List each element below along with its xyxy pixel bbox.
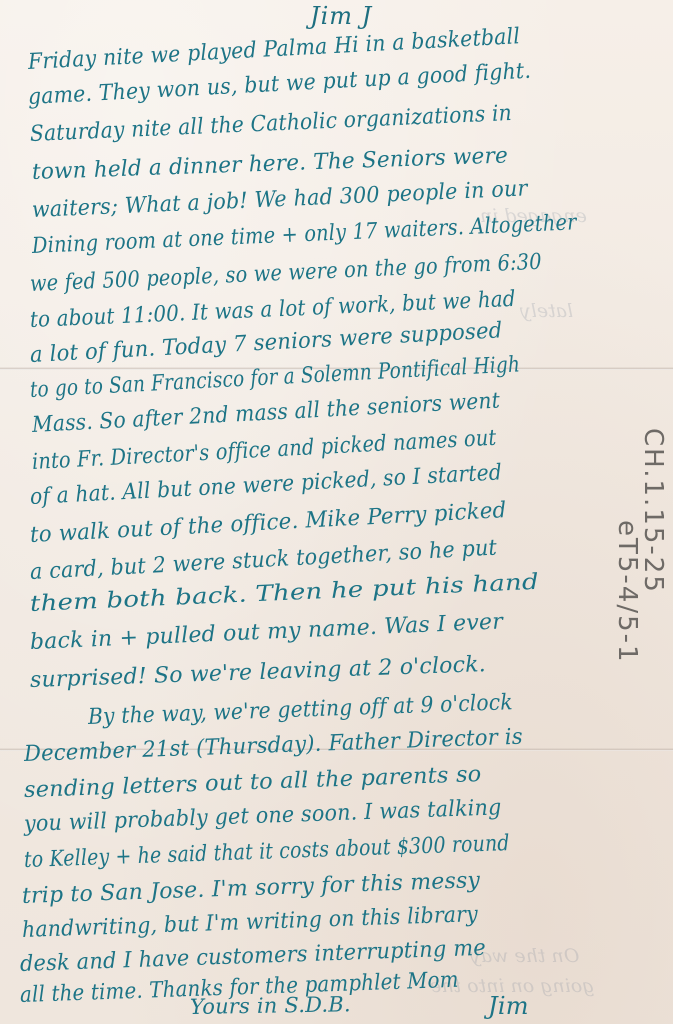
margin-annotation: eT5-4/5-1 <box>612 520 642 664</box>
letter-page: engaged in lately On the way going on in… <box>0 0 673 1024</box>
letter-closing: Yours in S.D.B. <box>190 992 351 1019</box>
letter-line: back in + pulled out my name. Was I ever <box>29 609 503 655</box>
letter-line: handwriting, but I'm writing on this lib… <box>22 902 479 943</box>
letter-line: surprised! So we're leaving at 2 o'clock… <box>30 652 487 693</box>
letter-line: town held a dinner here. The Seniors wer… <box>32 143 509 185</box>
letter-line: you will probably get one soon. I was ta… <box>24 795 502 837</box>
letter-line: December 21st (Thursday). Father Directo… <box>24 725 524 767</box>
bleed-through-text: lately <box>520 300 573 322</box>
letter-line: to Kelley + he said that it costs about … <box>24 831 510 873</box>
letter-line: sending letters out to all the parents s… <box>24 762 482 803</box>
letter-line: trip to San Jose. I'm sorry for this mes… <box>22 868 481 909</box>
letter-signature: Jim <box>488 992 529 1020</box>
bleed-through-text: On the way <box>470 945 579 967</box>
margin-annotation: CH.1.15-25 <box>638 428 668 594</box>
letter-line: Saturday nite all the Catholic organizat… <box>29 101 512 147</box>
letter-line: By the way, we're getting off at 9 o'clo… <box>88 690 514 730</box>
header-monogram: Jim J <box>310 2 372 30</box>
